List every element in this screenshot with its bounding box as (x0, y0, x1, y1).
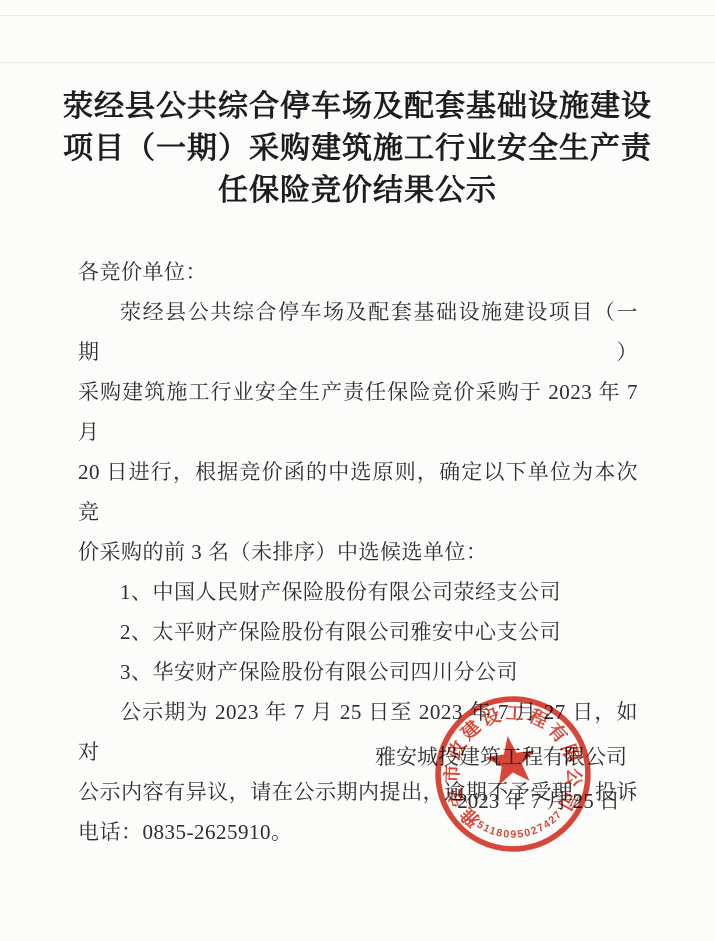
title-line: 任保险竞价结果公示 (42, 170, 673, 212)
document-title: 荥经县公共综合停车场及配套基础设施建设 项目（一期）采购建筑施工行业安全生产责 … (42, 86, 673, 212)
body-line: 电话：0835-2625910。 (78, 812, 638, 852)
scan-artifact-line (0, 62, 715, 63)
title-line: 荥经县公共综合停车场及配套基础设施建设 (42, 86, 673, 128)
winner-item: 2、太平财产保险股份有限公司雅安中心支公司 (78, 612, 638, 652)
signature-date: 2023 年 7 月 25 日 (457, 787, 620, 815)
salutation: 各竞价单位： (78, 252, 638, 292)
body-line: 20 日进行，根据竞价函的中选原则，确定以下单位为本次竞 (78, 452, 638, 532)
scan-artifact-line (0, 15, 715, 16)
title-line: 项目（一期）采购建筑施工行业安全生产责 (42, 128, 673, 170)
winner-item: 3、华安财产保险股份有限公司四川分公司 (78, 652, 638, 692)
winner-item: 1、中国人民财产保险股份有限公司荥经支公司 (78, 572, 638, 612)
scanned-document-page: 荥经县公共综合停车场及配套基础设施建设 项目（一期）采购建筑施工行业安全生产责 … (0, 0, 715, 941)
body-line: 采购建筑施工行业安全生产责任保险竞价采购于 2023 年 7 月 (78, 372, 638, 452)
signature-company: 雅安城投建筑工程有限公司 (375, 743, 627, 771)
body-line: 荥经县公共综合停车场及配套基础设施建设项目（一期） (78, 292, 638, 372)
body-line: 价采购的前 3 名（未排序）中选候选单位： (78, 532, 638, 572)
